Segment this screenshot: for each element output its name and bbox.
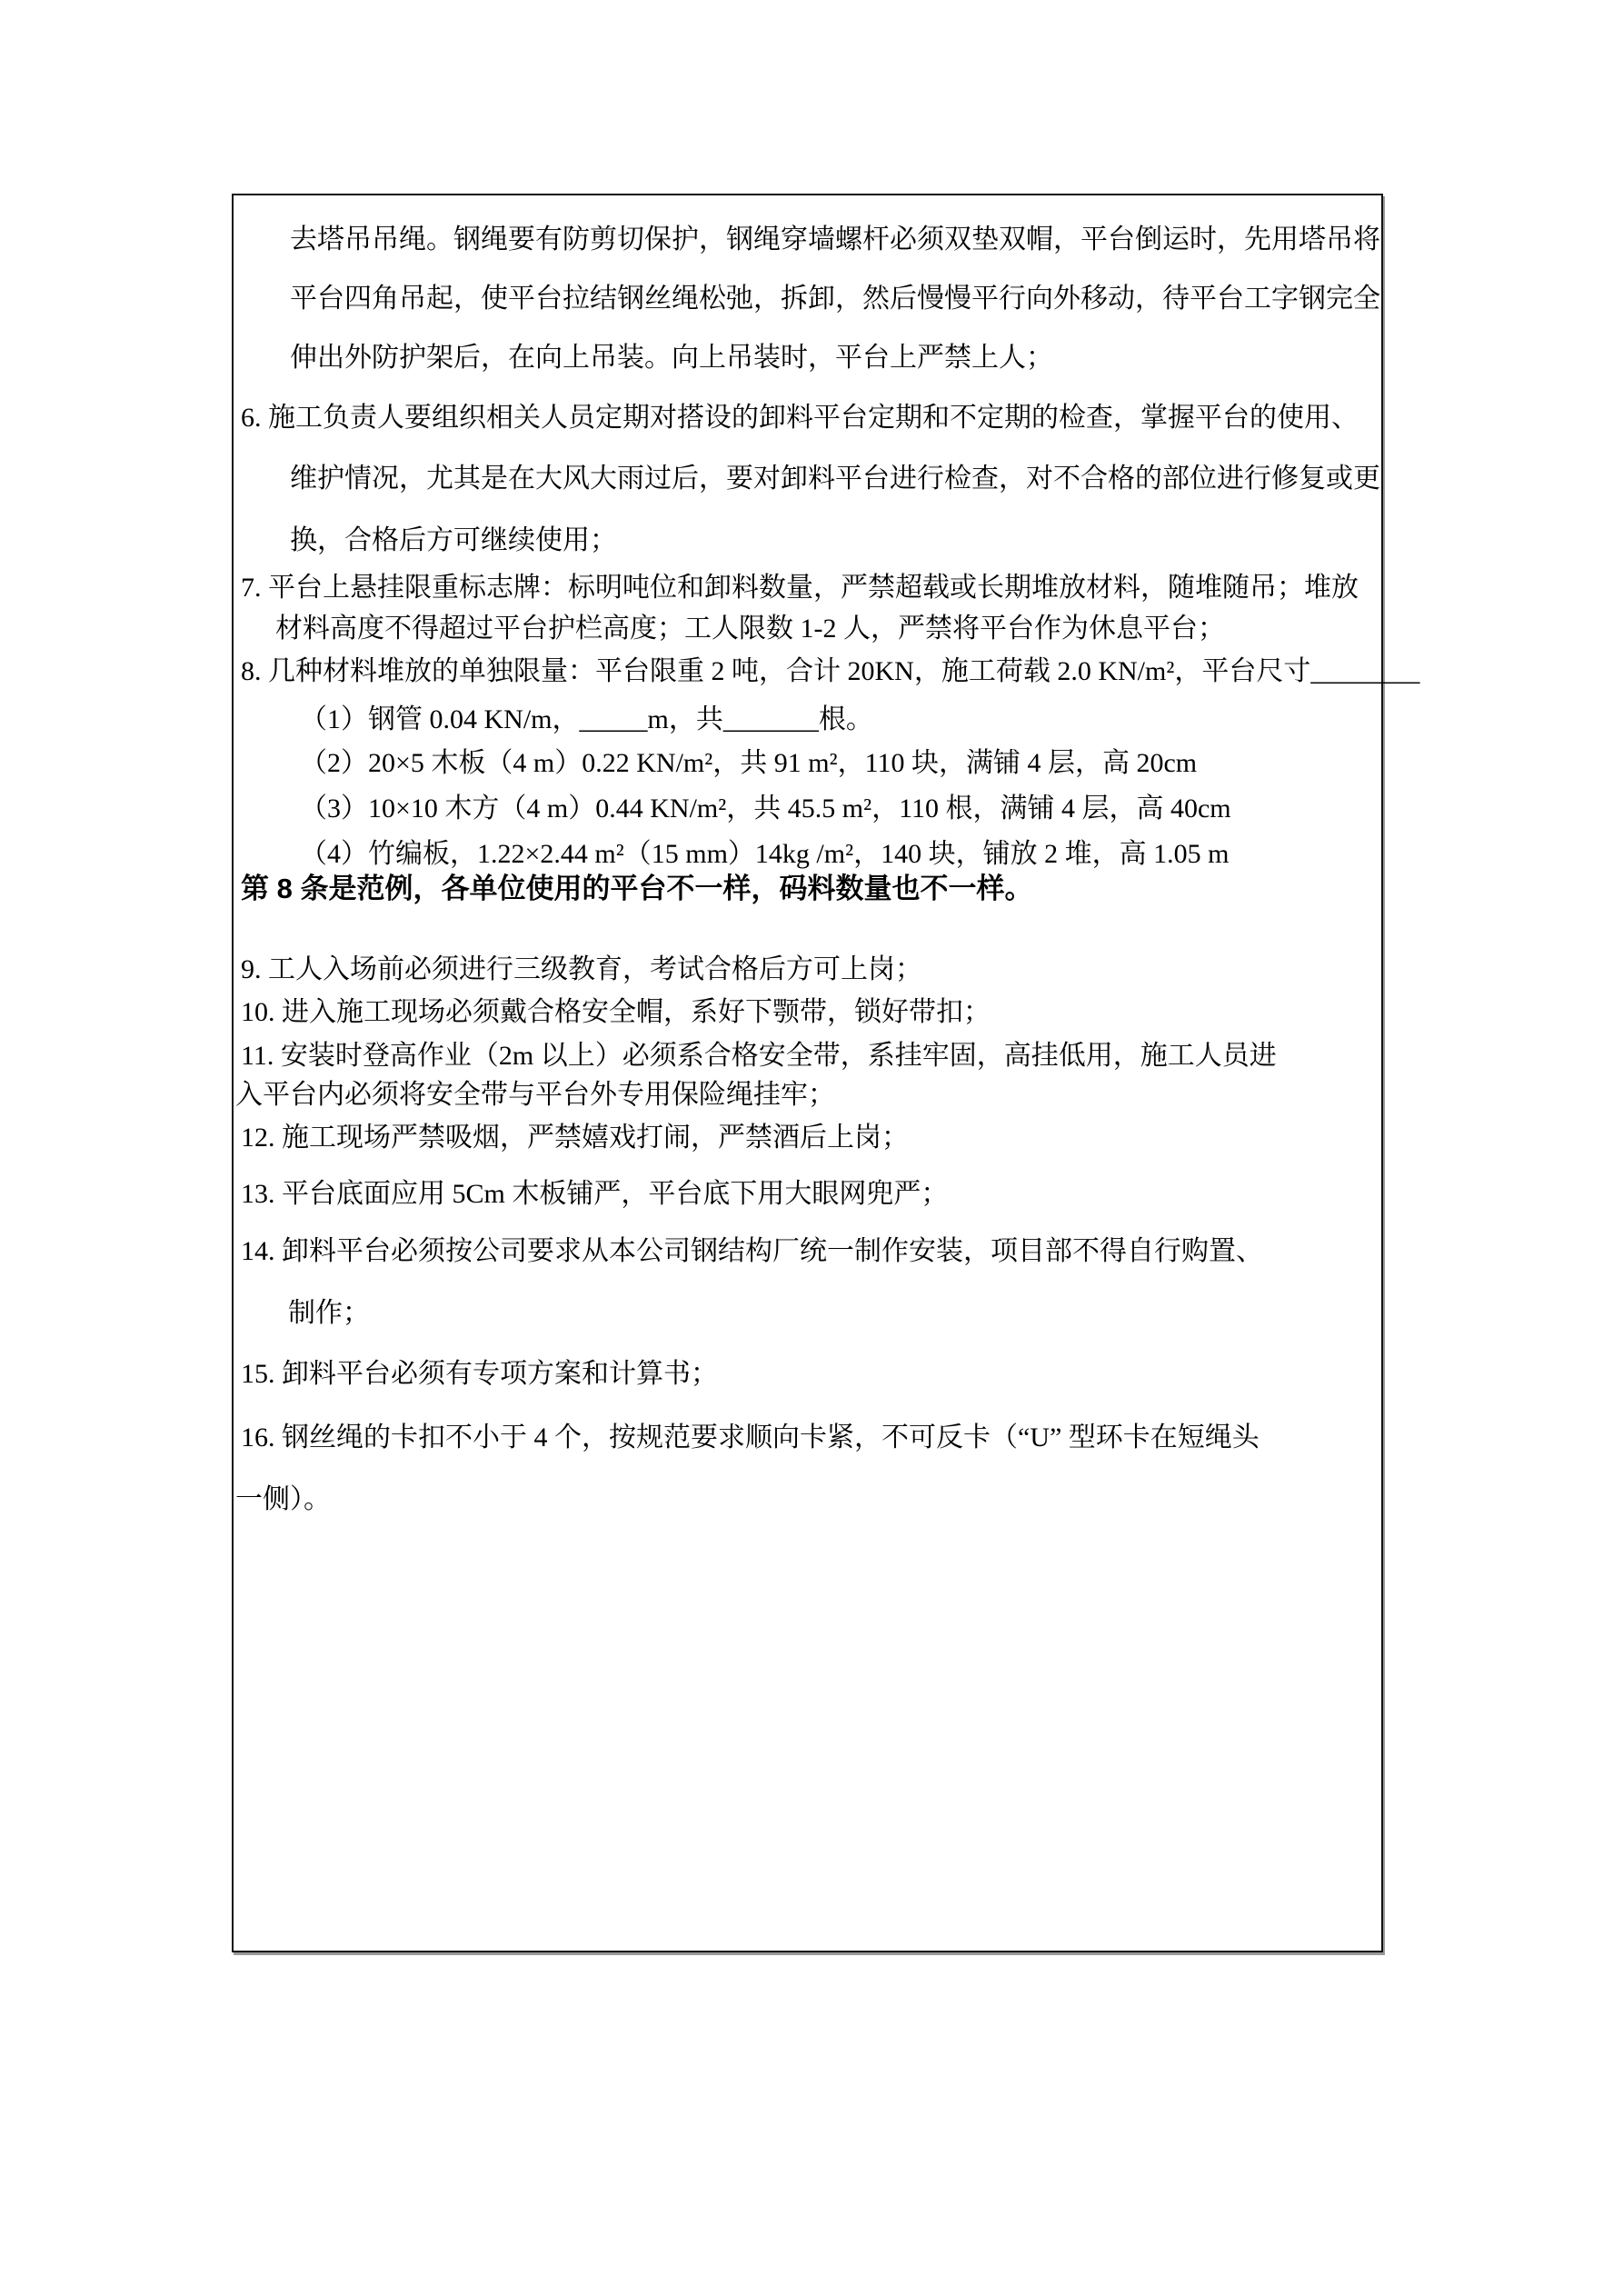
text-line: 材料高度不得超过平台护栏高度；工人限数 1-2 人，严禁将平台作为休息平台； [275,614,1225,644]
text-line-item-15: 15. 卸料平台必须有专项方案和计算书； [241,1359,718,1390]
text-line: 换，合格后方可继续使用； [290,525,617,556]
text-line-item-7: 7. 平台上悬挂限重标志牌：标明吨位和卸料数量，严禁超载或长期堆放材料，随堆随吊… [241,573,1359,604]
text-line: 入平台内必须将安全带与平台外专用保险绳挂牢； [235,1080,835,1111]
text-line: 制作； [288,1298,370,1329]
document-border-box: 去塔吊吊绳。钢绳要有防剪切保护，钢绳穿墙螺杆必须双垫双帽，平台倒运时，先用塔吊将… [232,194,1383,1952]
text-line-subitem-2: （2）20×5 木板（4 m）0.22 KN/m²，共 91 m²，110 块，… [300,748,1197,779]
text-line: 一侧）。 [235,1484,331,1515]
text-line-subitem-1: （1）钢管 0.04 KN/m，_____m，共_______根。 [300,704,873,735]
text-line-item-12: 12. 施工现场严禁吸烟，严禁嬉戏打闹，严禁酒后上岗； [241,1123,909,1153]
text-line-item-6: 6. 施工负责人要组织相关人员定期对搭设的卸料平台定期和不定期的检查，掌握平台的… [241,403,1359,434]
text-line-item-14: 14. 卸料平台必须按公司要求从本公司钢结构厂统一制作安装，项目部不得自行购置、 [241,1236,1263,1267]
text-line-item-16: 16. 钢丝绳的卡扣不小于 4 个，按规范要求顺向卡紧，不可反卡（“U” 型环卡… [241,1423,1260,1453]
text-line-item-8: 8. 几种材料堆放的单独限量：平台限重 2 吨，合计 20KN，施工荷载 2.0… [241,656,1419,687]
text-line: 伸出外防护架后，在向上吊装。向上吊装时，平台上严禁上人； [290,343,1053,374]
text-line-item-11: 11. 安装时登高作业（2m 以上）必须系合格安全带，系挂牢固，高挂低用，施工人… [241,1041,1277,1072]
text-line: 去塔吊吊绳。钢绳要有防剪切保护，钢绳穿墙螺杆必须双垫双帽，平台倒运时，先用塔吊将 [290,225,1380,255]
text-line-subitem-3: （3）10×10 木方（4 m）0.44 KN/m²，共 45.5 m²，110… [300,794,1231,824]
text-line-item-13: 13. 平台底面应用 5Cm 木板铺严，平台底下用大眼网兜严； [241,1179,948,1210]
text-line-item-9: 9. 工人入场前必须进行三级教育，考试合格后方可上岗； [241,954,922,985]
text-line: 平台四角吊起，使平台拉结钢丝绳松弛，拆卸，然后慢慢平行向外移动，待平台工字钢完全 [290,284,1380,314]
text-line: 维护情况，尤其是在大风大雨过后，要对卸料平台进行检查，对不合格的部位进行修复或更 [290,464,1380,494]
document-page: 去塔吊吊绳。钢绳要有防剪切保护，钢绳穿墙螺杆必须双垫双帽，平台倒运时，先用塔吊将… [0,0,1623,2296]
text-line-subitem-4: （4）竹编板，1.22×2.44 m²（15 mm）14kg /m²，140 块… [300,839,1229,870]
text-line-item-10: 10. 进入施工现场必须戴合格安全帽，系好下颚带，锁好带扣； [241,997,991,1028]
note-line-bold: 第 8 条是范例，各单位使用的平台不一样，码料数量也不一样。 [241,873,1032,904]
